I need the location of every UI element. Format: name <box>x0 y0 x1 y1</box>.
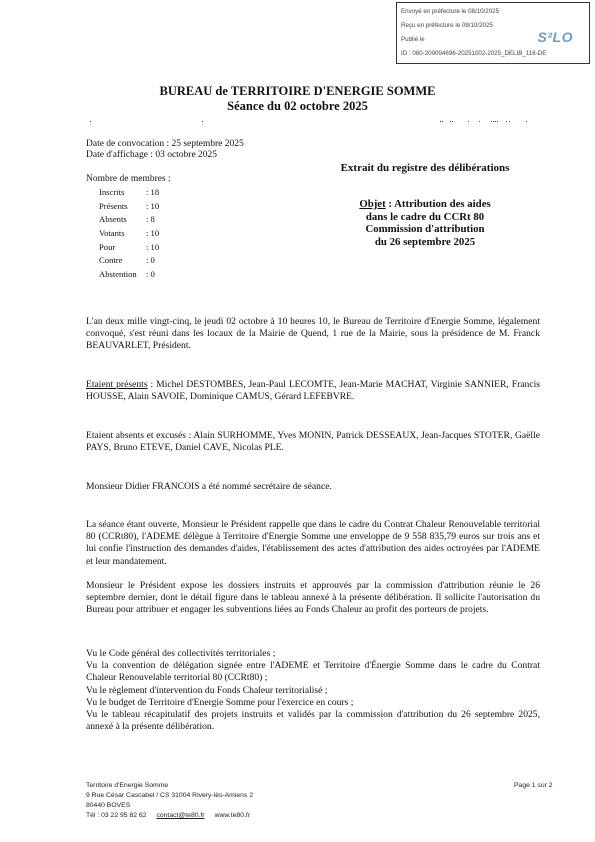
presents-paragraph: Etaient présents : Michel DESTOMBES, Jea… <box>86 379 540 403</box>
vu-convention-line: Vu la convention de délégation signée en… <box>86 660 540 684</box>
secretaire-paragraph: Monsieur Didier FRANCOIS a été nommé sec… <box>86 481 540 493</box>
objet-line-1: : Attribution des aides <box>386 198 491 210</box>
presents-label: Etaient présents <box>86 379 148 390</box>
page-number: Page 1 sur 2 <box>514 782 553 789</box>
member-row-votants: Votants: 10 <box>99 227 176 241</box>
member-row-absents: Absents: 8 <box>99 213 176 227</box>
members-count-list: Inscrits: 18 Présents: 10 Absents: 8 Vot… <box>99 186 176 282</box>
intro-paragraph: L'an deux mille vingt-cinq, le jeudi 02 … <box>86 316 540 353</box>
footer-email-link[interactable]: contact@te80.fr <box>156 812 204 819</box>
footer-contact: Territoire d'Energie Somme 9 Rue César C… <box>86 781 253 821</box>
member-row-presents: Présents: 10 <box>99 200 176 214</box>
document-title: BUREAU de TERRITOIRE D'ENERGIE SOMME <box>0 84 595 99</box>
absents-paragraph: Etaient absents et excusés : Alain SURHO… <box>86 430 540 454</box>
s2lo-logo-icon: S²LO <box>538 29 573 45</box>
convocation-date: Date de convocation : 25 septembre 2025 <box>86 139 244 150</box>
member-row-pour: Pour: 10 <box>99 241 176 255</box>
affichage-date: Date d'affichage : 03 octobre 2025 <box>86 150 217 161</box>
member-row-contre: Contre: 0 <box>99 254 176 268</box>
session-date: Séance du 02 octobre 2025 <box>0 99 595 114</box>
vu-code-line: Vu le Code général des collectivités ter… <box>86 648 540 660</box>
vu-tableau-line: Vu le tableau récapitulatif des projets … <box>86 709 540 733</box>
expose-paragraph: Monsieur le Président expose les dossier… <box>86 580 540 617</box>
objet-block: Objet : Attribution des aides dans le ca… <box>330 198 520 248</box>
member-row-inscrits: Inscrits: 18 <box>99 186 176 200</box>
stamp-id: ID : 080-200094696-20251002-2025_DELIB_1… <box>401 47 585 61</box>
objet-line-3: Commission d'attribution <box>330 223 520 236</box>
context-paragraph: La séance étant ouverte, Monsieur le Pré… <box>86 519 540 568</box>
objet-line-2: dans le cadre du CCRt 80 <box>330 211 520 224</box>
members-label: Nombre de membres : <box>86 174 171 185</box>
vu-reglement-line: Vu le règlement d'intervention du Fonds … <box>86 685 540 697</box>
footer-phone: Tél : 03 22 95 82 62 <box>86 812 146 819</box>
vu-budget-line: Vu le budget de Territoire d'Energie Som… <box>86 697 540 709</box>
member-row-abstention: Abstention: 0 <box>99 268 176 282</box>
objet-label: Objet <box>359 198 385 210</box>
stamp-sent: Envoyé en préfecture le 08/10/2025 <box>401 5 585 19</box>
footer-address: 9 Rue César Cascabel / CS 31004 Rivery-l… <box>86 791 253 801</box>
footer-website-link[interactable]: www.te80.fr <box>215 812 251 819</box>
presents-list: : Michel DESTOMBES, Jean-Paul LECOMTE, J… <box>86 379 540 402</box>
footer-city: 80440 BOVES <box>86 801 253 811</box>
objet-line-4: du 26 septembre 2025 <box>330 236 520 249</box>
prefecture-stamp: Envoyé en préfecture le 08/10/2025 Reçu … <box>396 2 590 64</box>
extrait-heading: Extrait du registre des délibérations <box>330 162 520 174</box>
dotted-divider <box>88 121 528 123</box>
footer-org: Territoire d'Energie Somme <box>86 781 253 791</box>
